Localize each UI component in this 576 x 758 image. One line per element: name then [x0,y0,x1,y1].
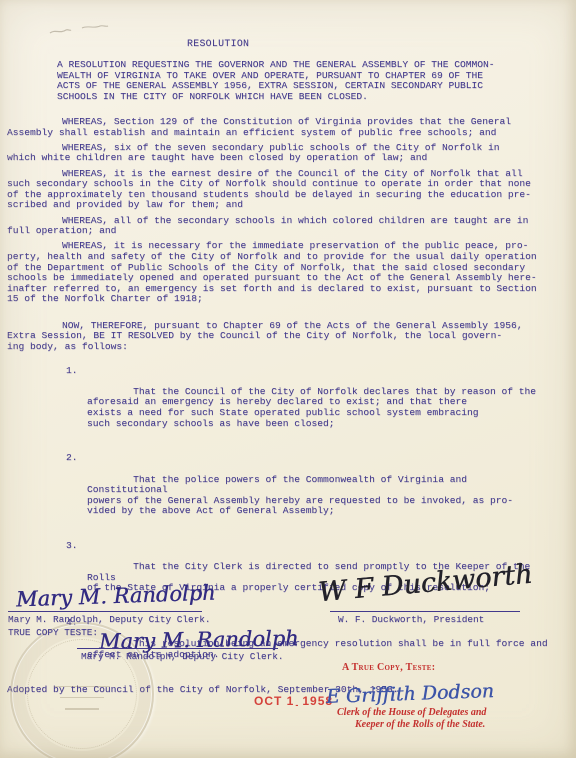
whereas-paragraph-5: WHEREAS, it is necessary for the immedia… [7,241,553,305]
stamp-year: 1958 [302,694,333,708]
resolution-item-1: 1. That the Council of the City of Norfo… [66,366,553,440]
stamp-separator: - [295,700,299,710]
typed-name-deputy-clerk-2: Mary M. Randolph, Deputy City Clerk. [81,651,284,662]
typed-name-deputy-clerk-1: Mary M. Randolph, Deputy City Clerk. [8,614,211,625]
whereas-paragraph-1: WHEREAS, Section 129 of the Constitution… [7,117,553,138]
whereas-paragraph-2: WHEREAS, six of the seven secondary publ… [7,143,553,164]
seal-detail [54,686,110,688]
clerk-title-line-2: Keeper of the Rolls of the State. [355,719,485,730]
item-number: 2. [66,453,78,464]
item-text: That the Council of the City of Norfolk … [87,386,536,429]
item-text: That the City Clerk is directed to send … [87,561,536,593]
resolution-document-page: RESOLUTION A RESOLUTION REQUESTING THE G… [0,0,576,758]
item-number: 3. [66,541,78,552]
signature-line [8,611,202,612]
seal-detail [60,697,105,699]
clerk-title-line-1: Clerk of the House of Delegates and [337,707,486,718]
seal-detail [65,708,99,710]
resolution-item-2: 2. That the police powers of the Commonw… [66,453,553,527]
whereas-paragraph-4: WHEREAS, all of the secondary schools in… [7,216,553,237]
signature-line [77,648,278,649]
a-true-copy-teste-label: A True Copy, Teste: [342,662,435,673]
date-stamp-oct-1-1958: OCT 1-1958 [254,694,333,708]
stamp-month-day: OCT 1 [254,694,294,708]
resolution-item-3: 3. That the City Clerk is directed to se… [66,541,553,605]
resolution-items-list: 1. That the Council of the City of Norfo… [66,366,553,671]
resolution-body: WHEREAS, Section 129 of the Constitution… [7,117,553,696]
signature-line [330,611,520,612]
item-text: That the police powers of the Commonweal… [87,474,513,517]
pencil-mark [48,20,110,38]
true-copy-teste-label: TRUE COPY TESTE: [8,627,98,638]
resolution-title: A RESOLUTION REQUESTING THE GOVERNOR AND… [57,60,537,102]
now-therefore-paragraph: NOW, THEREFORE, pursuant to Chapter 69 o… [7,321,553,353]
item-number: 1. [66,366,78,377]
document-heading: RESOLUTION [187,38,249,49]
whereas-paragraph-3: WHEREAS, it is the earnest desire of the… [7,169,553,211]
embossed-seal [10,622,154,758]
typed-name-president: W. F. Duckworth, President [338,614,484,625]
